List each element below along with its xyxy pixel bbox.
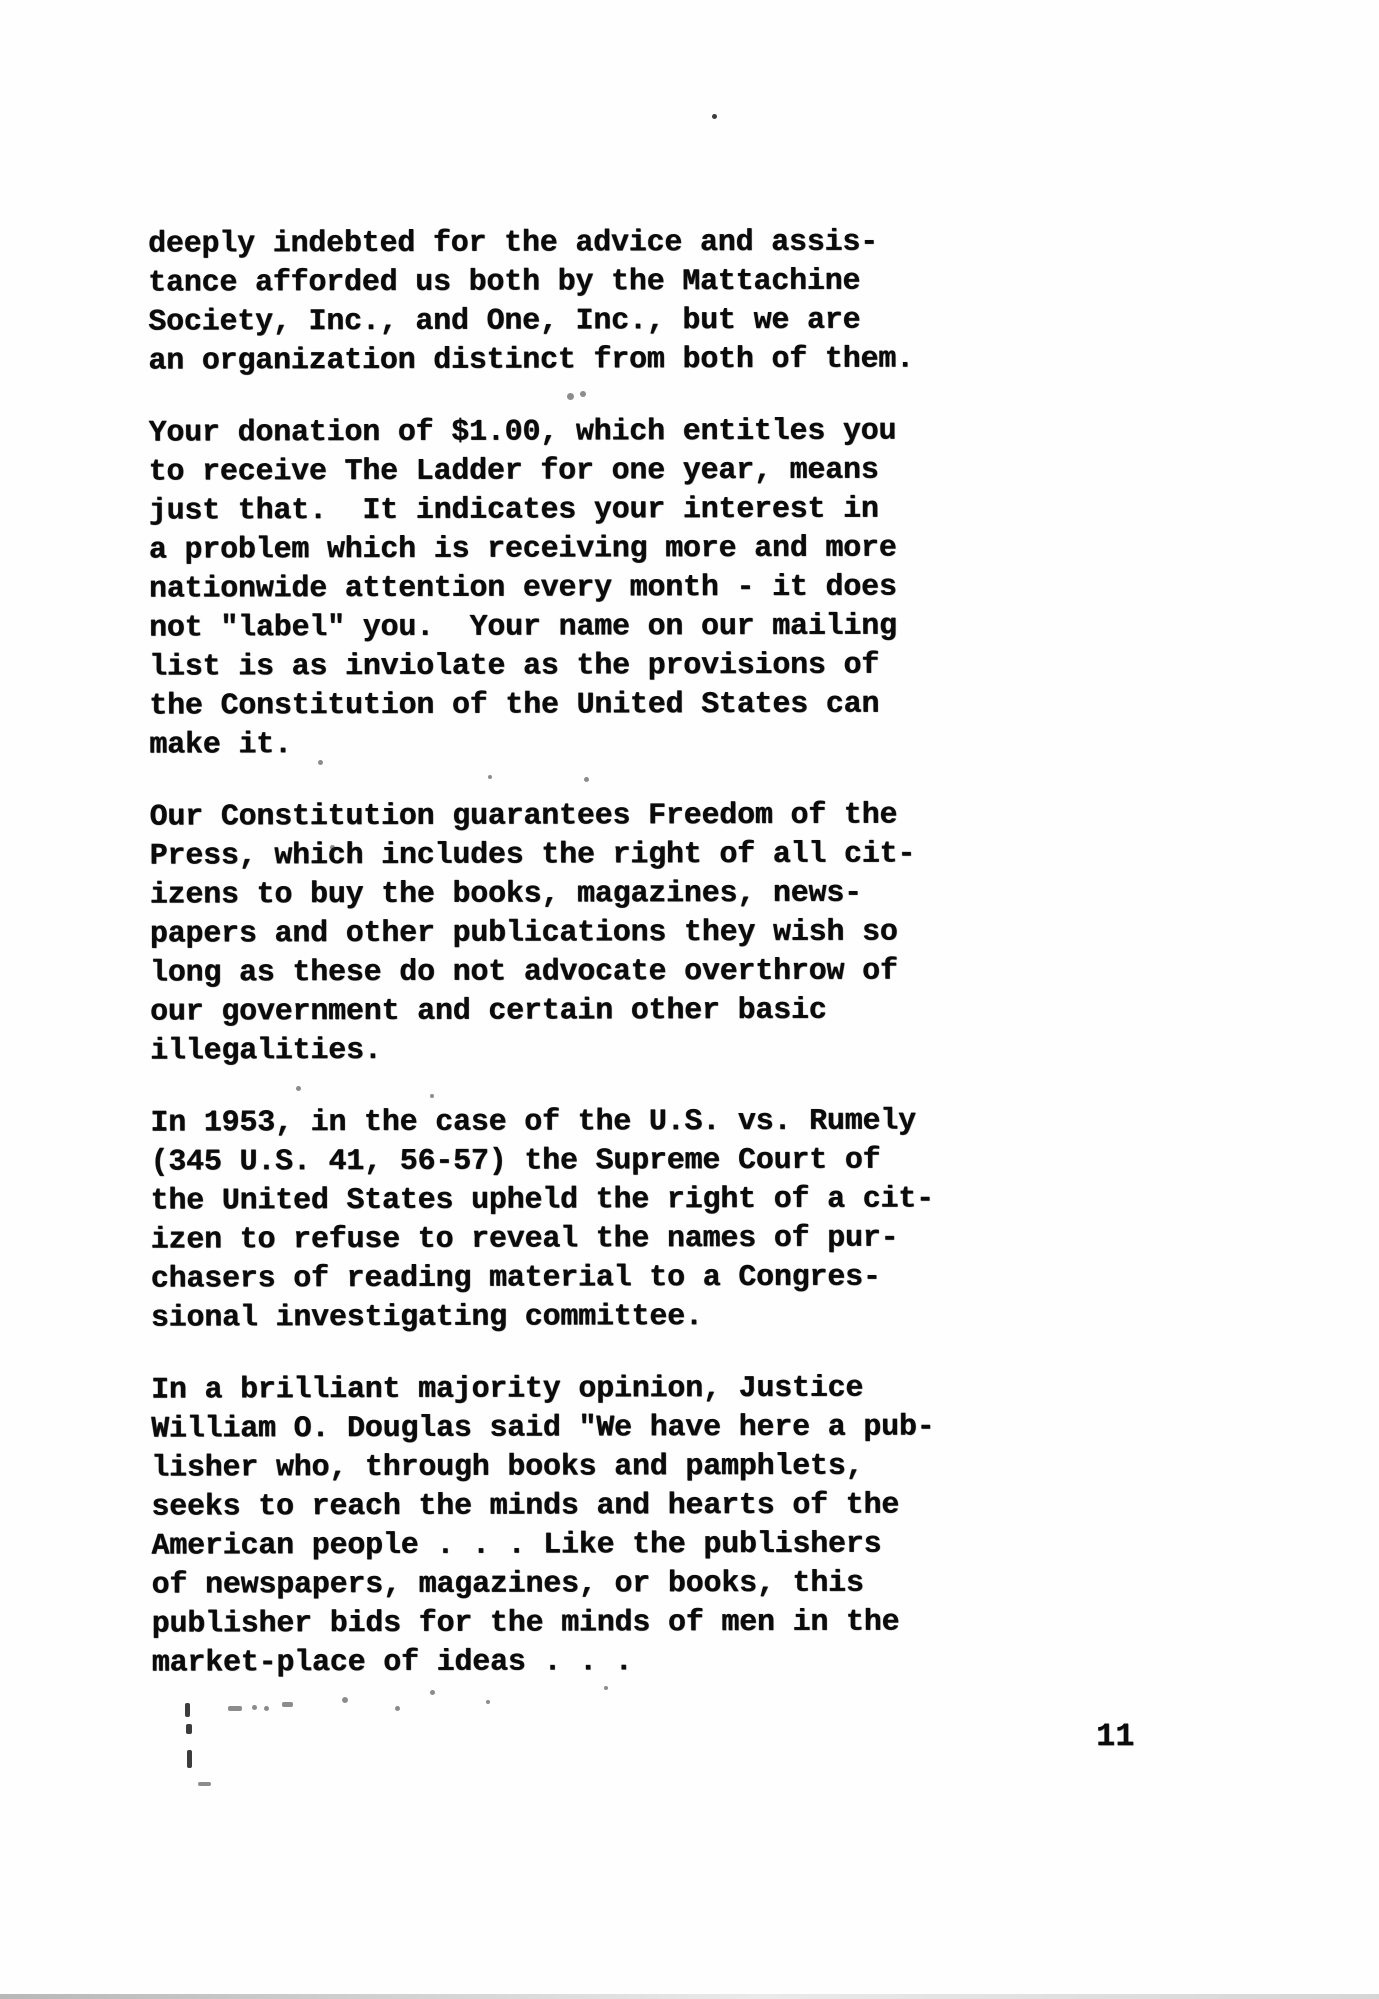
paragraph-donation: Your donation of $1.00, which entitles y… xyxy=(149,412,1250,766)
ink-speck xyxy=(604,1686,608,1690)
ink-speck xyxy=(252,1705,257,1710)
ink-speck xyxy=(264,1706,269,1711)
ink-speck xyxy=(296,1086,301,1091)
ink-speck xyxy=(330,845,335,850)
paragraph-constitution: Our Constitution guarantees Freedom of t… xyxy=(150,796,1251,1072)
ink-speck xyxy=(584,777,589,782)
scanned-document-page: deeply indebted for the advice and assis… xyxy=(0,0,1379,1999)
paragraph-rumely-case: In 1953, in the case of the U.S. vs. Rum… xyxy=(150,1102,1251,1339)
page-number: 11 xyxy=(1096,1718,1134,1755)
ink-speck xyxy=(318,760,323,765)
ink-mark xyxy=(187,1750,192,1768)
ink-speck xyxy=(580,391,586,397)
paragraph-credits: deeply indebted for the advice and assis… xyxy=(148,223,1248,382)
ink-speck xyxy=(430,1690,435,1695)
ink-speck xyxy=(488,775,492,779)
ink-speck xyxy=(567,393,574,400)
ink-dash xyxy=(198,1782,211,1786)
paragraph-douglas-opinion: In a brilliant majority opinion, Justice… xyxy=(151,1369,1252,1684)
ink-speck xyxy=(712,114,717,119)
ink-dash xyxy=(282,1702,293,1707)
ink-mark xyxy=(185,1703,190,1717)
ink-speck xyxy=(342,1697,348,1703)
ink-speck xyxy=(430,1094,434,1098)
scan-bottom-edge xyxy=(0,1994,1379,1999)
ink-mark xyxy=(186,1724,192,1734)
ink-speck xyxy=(486,1700,490,1704)
typewritten-text-block: deeply indebted for the advice and assis… xyxy=(148,223,1252,1717)
ink-speck xyxy=(395,1706,400,1711)
ink-dash xyxy=(228,1706,242,1711)
